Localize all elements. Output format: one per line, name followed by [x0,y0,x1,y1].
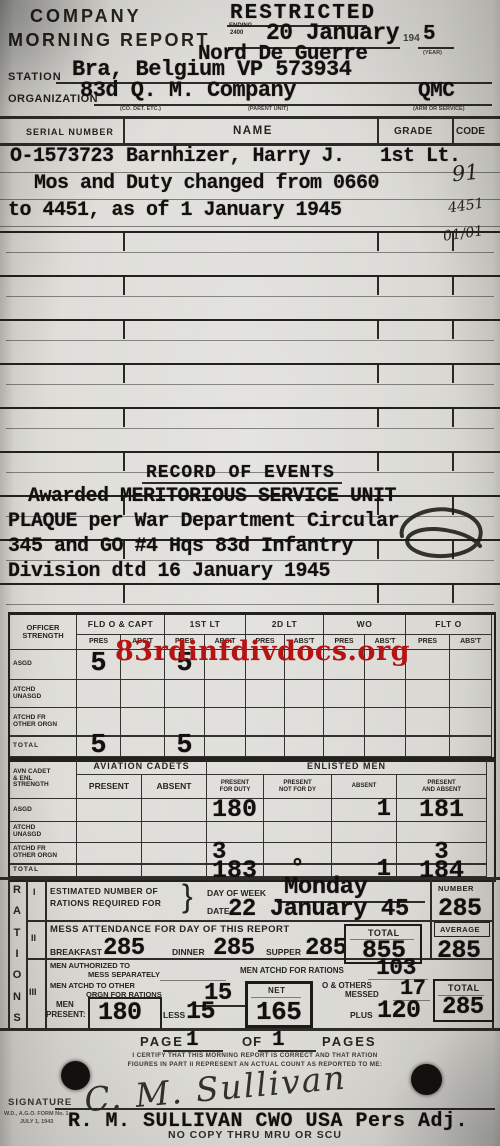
enlisted-value: 181 [419,799,464,820]
grand-total-label: TOTAL [448,984,480,993]
handwritten-circle-mark [388,498,488,568]
average-value: 285 [437,938,481,963]
less-value: 15 [186,999,215,1024]
arm-service-value: QMC [418,81,454,102]
officer-value: 5 [90,735,106,758]
officer-cell [365,680,406,708]
rations-vertical-letter: R [13,884,21,896]
form-print-line1: W.D., A.G.O. FORM No. 1 [4,1112,69,1118]
events-title: RECORD OF EVENTS [146,464,335,482]
officer-subheader: PRES [406,635,450,650]
officer-group-5: FLT O [406,615,492,635]
rations-bottom-border [0,1028,500,1031]
enlisted-cell [142,822,207,843]
officer-group-1: FLD O & CAPT [77,615,165,635]
rations-div-right-col [430,880,432,958]
less-label: LESS [163,1011,185,1020]
ending-label: ENDING [229,23,252,29]
caption-co-det: (CO. DET. ETC.) [120,107,161,113]
estimated-line2: RATIONS REQUIRED FOR [50,899,161,908]
average-label: AVERAGE [440,926,480,934]
site-watermark: 83rdinfdivdocs.org [115,636,410,667]
officer-cell [406,650,450,680]
enlisted-cell [264,799,332,822]
enlisted-row-label: ASGD [10,799,77,822]
events-title-underline [142,482,342,484]
authorized-line2: MESS SEPARATELY [88,971,160,979]
cert-line-1: I CERTIFY THAT THIS MORNING REPORT IS CO… [95,1053,415,1059]
officer-cell [246,680,285,708]
rations-vertical-letter: S [13,1012,20,1024]
morning-report-label: MORNING REPORT [8,31,210,49]
atchd-other-line1: MEN ATCHD TO OTHER [50,982,135,990]
events-line-3: 345 and GO #4 Hqs 83d Infantry [8,537,353,557]
blank-roster-row [0,231,500,275]
year-value: 5 [423,24,435,45]
paper: COMPANY RESTRICTED MORNING REPORT ENDING… [0,0,500,1146]
officer-cell [165,680,205,708]
officer-value: 5 [176,735,192,758]
officer-value: 5 [90,653,106,676]
men-present-value: 180 [98,1000,142,1025]
officer-cell [77,680,121,708]
enlisted-cell [77,864,142,877]
enlisted-group-header: ENLISTED MEN [207,760,487,775]
enlisted-value: 1 [377,800,391,820]
officer-row-label: ATCHD FROTHER ORGN [10,708,77,736]
year-prefix: 194 [403,34,420,44]
net-value: 165 [256,999,301,1025]
page-label: PAGE [140,1035,184,1048]
rations-vertical-letter: I [15,948,18,960]
rations-date-label: DATE [207,907,230,916]
year-rule [418,47,454,49]
net-box: NET 165 [245,981,313,1028]
roster-top-border [0,116,500,119]
officer-group-2: 1ST LT [165,615,246,635]
enlisted-cell: 184 [397,864,487,877]
rations-date-value: 22 January 45 [228,898,409,922]
officer-cell [205,736,246,757]
enlisted-cell [77,843,142,864]
officer-corner-label: OFFICERSTRENGTH [10,615,77,650]
code-handwritten-4451: 4451 [447,197,484,216]
authorized-line1: MEN AUTHORIZED TO [50,962,130,970]
roster-header-grade: GRADE [394,127,433,137]
average-label-box: AVERAGE [434,922,490,937]
atchd-rations-label: MEN ATCHD FOR RATIONS [240,967,344,975]
pages-label: PAGES [322,1035,377,1048]
grand-total-box: TOTAL 285 [433,979,494,1022]
rations-rule-2 [26,958,492,960]
enlisted-col-header: ABSENT [142,775,207,799]
officer-cell [324,708,365,736]
officer-cell [406,708,450,736]
rations-numeral-3: III [29,988,37,997]
officer-cell [450,650,492,680]
hole-punch-right [411,1064,442,1095]
officer-cell [246,708,285,736]
entry-serial: O-1573723 [10,147,114,167]
dinner-label: DINNER [172,948,205,957]
officer-cell [450,736,492,757]
station-label: STATION [8,72,62,83]
roster-header-name: NAME [233,126,273,138]
officer-cell [121,680,165,708]
officer-cell: 5 [165,736,205,757]
officer-row-label: ATCHDUNASGD [10,680,77,708]
number-label: NUMBER [438,885,474,893]
blank-roster-row [0,275,500,319]
officer-cell [246,736,285,757]
rations-vertical-letter: N [13,991,21,1003]
cadet-group-header: AVIATION CADETS [77,760,207,775]
blank-roster-row [0,319,500,363]
officer-cell [450,680,492,708]
enlisted-strength-table: AVN CADET& ENLSTRENGTHAVIATION CADETSENL… [8,757,496,882]
brace: } [182,880,193,912]
enlisted-cell [142,799,207,822]
officer-cell [285,708,324,736]
officer-group-4: WO [324,615,406,635]
rations-top-border [0,877,500,880]
breakfast-label: BREAKFAST [50,948,102,957]
net-label: NET [268,987,286,995]
signature-label: SIGNATURE [8,1098,72,1108]
supper-label: SUPPER [266,948,301,957]
officer-strength-table: OFFICERSTRENGTHFLD O & CAPT1ST LT2D LTWO… [8,612,496,762]
officer-subheader: ABS'T [450,635,492,650]
events-line-2: PLAQUE per War Department Circular [8,512,399,532]
officer-cell [406,680,450,708]
number-value: 285 [438,896,482,921]
no-copy-stamp: NO COPY THRU MRU OR SCU [168,1130,342,1141]
enlisted-cell: 183 [207,864,264,877]
rations-div-numerals [45,880,47,1028]
rations-vertical-label: RATIONS [9,884,25,1024]
enlisted-cell: 180 [207,799,264,822]
estimated-line1: ESTIMATED NUMBER OF [50,887,158,896]
enlisted-value: 180 [212,799,257,820]
enlisted-row-label: TOTAL [10,864,77,877]
officer-cell [324,680,365,708]
supper-value: 285 [305,937,347,961]
code-handwritten-91: 91 [451,162,480,186]
report-date: 20 January [266,22,399,45]
enlisted-cell: 1 [332,799,397,822]
present-label: PRESENT: [46,1011,86,1019]
rations-numeral-1: I [33,888,36,897]
roster-header-serial: SERIAL NUMBER [26,128,114,137]
year-caption: (YEAR) [423,51,442,57]
enlisted-cell [142,843,207,864]
officer-row-label: TOTAL [10,736,77,757]
officer-cell [205,708,246,736]
entry-grade: 1st Lt. [380,147,461,167]
plus-value: 120 [377,998,421,1023]
officer-row-label: ASGD [10,650,77,680]
caption-arm-service: (ARM OR SERVICE) [413,107,465,113]
roster-header-code: CODE [456,127,485,137]
roster-div-3 [452,119,454,143]
form-print-line2: JULY 1, 1943 [20,1120,53,1126]
officer-group-3: 2D LT [246,615,324,635]
pages-value: 1 [272,1030,284,1051]
enlisted-row-label: ATCHD FROTHER ORGN [10,843,77,864]
officer-cell [285,736,324,757]
events-line-4: Division dtd 16 January 1945 [8,562,330,582]
officer-cell [285,680,324,708]
cadet-corner-label: AVN CADET& ENLSTRENGTH [10,760,77,799]
officer-cell [406,736,450,757]
dinner-value: 285 [213,937,255,961]
enlisted-cell [332,822,397,843]
enlisted-cell: 181 [397,799,487,822]
officer-cell [205,680,246,708]
page-value: 1 [186,1030,198,1051]
officer-cell [324,736,365,757]
rations-numeral-2: II [31,934,36,943]
of-label: OF [242,1035,262,1048]
enlisted-col-header: PRESENT [77,775,142,799]
rations-vertical-letter: A [13,905,21,917]
enlisted-cell [264,822,332,843]
officer-cell [365,736,406,757]
officer-cell: 5 [77,736,121,757]
blank-roster-row [0,407,500,451]
ending-hour: 2400 [230,30,243,36]
rations-vertical-letter: O [13,969,22,981]
caption-parent-unit: (PARENT UNIT) [248,107,288,113]
enlisted-col-header: PRESENTNOT FOR DY [264,775,332,799]
entry-line2: Mos and Duty changed from 0660 [34,174,379,194]
breakfast-value: 285 [103,937,145,961]
others-line1: O & OTHERS [322,982,372,990]
organization-value: 83d Q. M. Company [80,80,296,102]
blank-roster-row [0,363,500,407]
enlisted-cell [77,822,142,843]
company-label: COMPANY [30,7,142,25]
officer-cell [121,708,165,736]
grand-total-value: 285 [442,996,484,1020]
mess-attendance-label: MESS ATTENDANCE FOR DAY OF THIS REPORT [50,925,290,935]
enlisted-cell [142,864,207,877]
others-line2: MESSED [345,991,379,999]
morning-report-scan: COMPANY RESTRICTED MORNING REPORT ENDING… [0,0,500,1146]
plus-label: PLUS [350,1011,373,1020]
entry-name: Barnhizer, Harry J. [126,147,345,167]
roster-rule-3 [0,226,500,227]
entry-line3: to 4451, as of 1 January 1945 [8,201,342,221]
rations-div-letters [26,880,28,1028]
men-label: MEN [56,1001,74,1009]
roster-div-1 [123,119,125,143]
officer-cell [450,708,492,736]
officer-cell [365,708,406,736]
roster-div-2 [377,119,379,143]
events-line-1: Awarded MERITORIOUS SERVICE UNIT [28,487,396,507]
blank-roster-row [0,583,500,612]
officer-cell [121,736,165,757]
enlisted-cell [77,799,142,822]
enlisted-row-label: ATCHDUNASGD [10,822,77,843]
rations-vertical-letter: T [14,927,21,939]
